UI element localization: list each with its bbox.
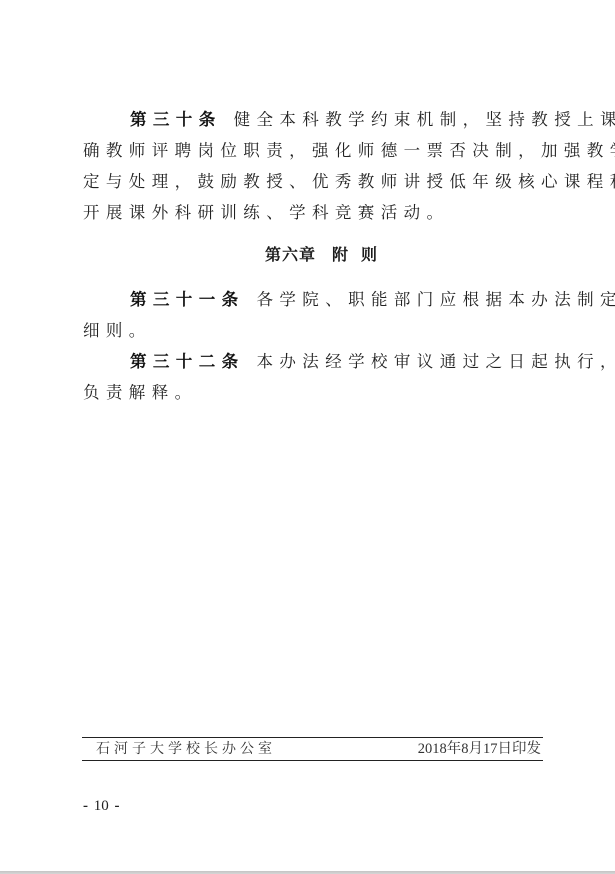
article-line: 第三十二条本办法经学校审议通过之日起执行，由教务处 [83, 346, 543, 377]
issuer-name: 石河子大学校长办公室 [96, 738, 276, 760]
article-line: 开展课外科研训练、学科竞赛活动。 [83, 197, 543, 228]
article-line: 细则。 [83, 315, 543, 346]
page-number-dash-right: - [115, 798, 120, 814]
article-text: 健全本科教学约束机制，坚持教授上课制度，明 [234, 110, 615, 129]
chapter-heading: 第六章附则 [0, 242, 615, 265]
article-number: 第三十二条 [130, 352, 245, 371]
chapter-number: 第六章 [265, 245, 316, 264]
footer-bottom-rule [82, 760, 543, 761]
article-line: 第三十一条各学院、职能部门应根据本办法制定相关实施 [83, 284, 543, 315]
article-line: 负责解释。 [83, 377, 543, 408]
article-line: 第三十条健全本科教学约束机制，坚持教授上课制度，明 [83, 104, 543, 135]
page-number: - 10 - [83, 798, 120, 815]
issue-date: 2018年8月17日印发 [418, 738, 541, 760]
article-number: 第三十一条 [130, 290, 245, 309]
article-32: 第三十二条本办法经学校审议通过之日起执行，由教务处 负责解释。 [83, 346, 543, 408]
article-30: 第三十条健全本科教学约束机制，坚持教授上课制度，明 确教师评聘岗位职责，强化师德… [83, 104, 543, 228]
article-text: 本办法经学校审议通过之日起执行，由教务处 [257, 352, 615, 371]
chapter-title-part2: 则 [361, 245, 378, 264]
article-text: 各学院、职能部门应根据本办法制定相关实施 [257, 290, 615, 309]
chapter-title-part1: 附 [332, 245, 349, 264]
issuance-bar: 石河子大学校长办公室 2018年8月17日印发 [82, 738, 543, 760]
article-number: 第三十条 [130, 110, 222, 129]
page-number-value: 10 [94, 798, 109, 814]
article-31: 第三十一条各学院、职能部门应根据本办法制定相关实施 细则。 [83, 284, 543, 346]
page-number-dash-left: - [83, 798, 88, 814]
article-line: 确教师评聘岗位职责，强化师德一票否决制，加强教学事故的认 [83, 135, 543, 166]
document-page: 第三十条健全本科教学约束机制，坚持教授上课制度，明 确教师评聘岗位职责，强化师德… [0, 0, 615, 871]
article-line: 定与处理，鼓励教授、优秀教师讲授低年级核心课程和指导学生 [83, 166, 543, 197]
